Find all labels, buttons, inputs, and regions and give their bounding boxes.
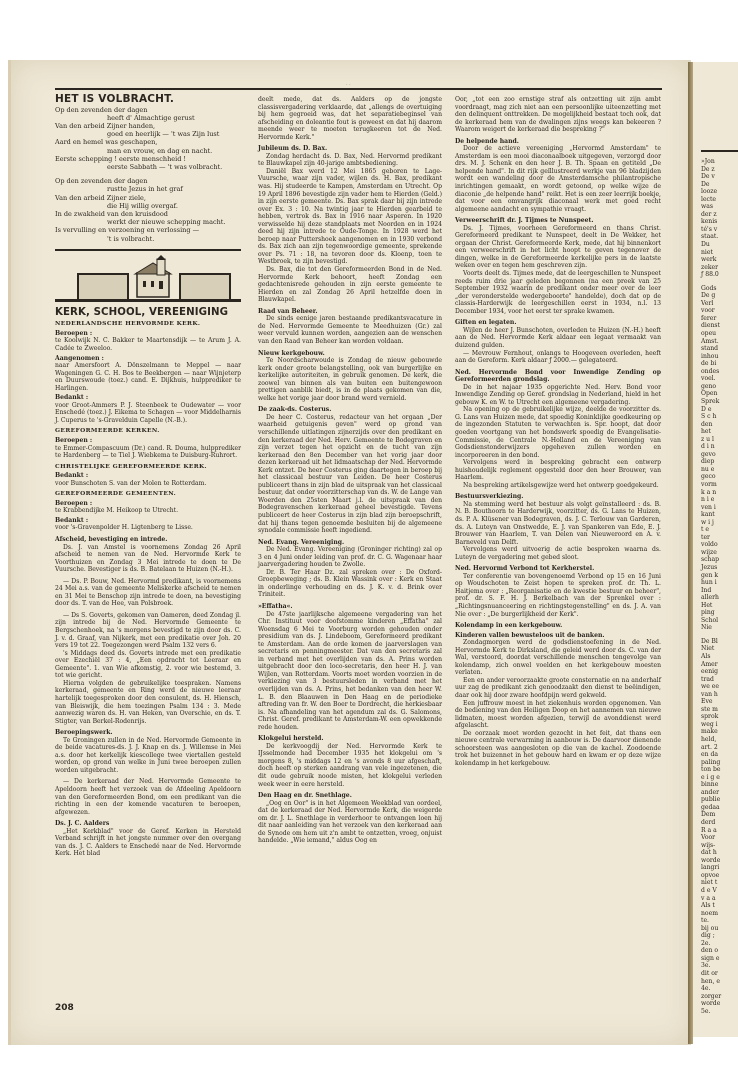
paragraph: Ds. J. van Amstel is voornemens Zondag 2…: [55, 544, 241, 574]
poem: HET IS VOLBRACHT. Op den zevenden der da…: [55, 96, 241, 243]
church-category-heading: CHRISTELIJKE GEREFORMEERDE KERK.: [55, 463, 241, 471]
next-page-fragment: kenis: [701, 218, 738, 226]
article-heading: Giften en legaten.: [455, 319, 661, 327]
next-page-fragment: hun i: [701, 579, 738, 587]
section-banner-illustration: [55, 255, 241, 307]
next-page-fragment: eenig: [701, 668, 738, 676]
section-title: KERK, SCHOOL, VEREENIGING: [55, 309, 241, 317]
paragraph: Ds. J. Tijmes, voorheen Gereformeerd en …: [455, 225, 661, 270]
next-page-fragment: worde: [701, 1000, 738, 1008]
paragraph: De heer C. Costerus, redacteur van het o…: [258, 414, 442, 535]
next-page-fragment: schap: [701, 556, 738, 564]
next-page-fragment: bij ou: [701, 925, 738, 933]
next-page-fragment: werk: [701, 256, 738, 264]
next-page-fragment: t e: [701, 526, 738, 534]
next-page-fragment: Als: [701, 653, 738, 661]
next-page-fragment: Verl: [701, 300, 738, 308]
next-page-fragment: geno: [701, 383, 738, 391]
next-page-fragment: ping: [701, 609, 738, 617]
next-page-fragment: De Bl: [701, 638, 738, 646]
next-page-top-rule: [701, 150, 738, 152]
next-page-fragment: d i n: [701, 443, 738, 451]
poem-line: Van den arbeid Zijner handen,: [55, 122, 241, 130]
next-page-fragment: art. 2: [701, 744, 738, 752]
poem-line: Is vervulling en verzoening en verlossin…: [55, 226, 241, 234]
subheading: Bedankt :: [55, 472, 241, 480]
article-heading: Ned. Hervormde Bond voor Inwendige Zendi…: [455, 369, 661, 384]
poem-line: werkt der nieuwe schepping macht.: [55, 218, 241, 226]
next-page-fragment: n i e: [701, 496, 738, 504]
paragraph: De kerkvoogdij der Ned. Hervormde Kerk t…: [258, 743, 442, 788]
article-heading: Bestuursverkiezing.: [455, 493, 661, 501]
next-page-fragment: geco: [701, 473, 738, 481]
article-heading: Ned. Evang. Vereeniging.: [258, 539, 442, 547]
church-category-heading: NEDERLANDSCHE HERVORMDE KERK.: [55, 320, 241, 328]
next-page-fragment: nu e: [701, 466, 738, 474]
paragraph: Oor, „tot een zoo ernstige straf als ont…: [455, 96, 661, 134]
paragraph: „Het Kerkblad" voor de Geref. Kerken in …: [55, 828, 241, 858]
paragraph: Een en ander veroorzaakte groote conster…: [455, 677, 661, 700]
paragraph: Na stemming werd het bestuur als volgt g…: [455, 501, 661, 546]
subheading: Bedankt :: [55, 394, 241, 402]
paragraph: Vervolgens werd uitvoerig de actie bespr…: [455, 546, 661, 561]
paragraph: Vervolgens werd in bespreking gebracht e…: [455, 459, 661, 482]
next-page-fragment: S c h: [701, 413, 738, 421]
next-page-fragment: en da: [701, 751, 738, 759]
article-heading: Afscheid, bevestiging en intrede.: [55, 536, 241, 544]
next-page-fragment: Eve: [701, 698, 738, 706]
next-page-fragment: dig ;: [701, 932, 738, 940]
poem-line: Aard en hemel was geschapen,: [55, 138, 241, 146]
next-page-fragment: ander: [701, 789, 738, 797]
next-page-fragment: gedaa: [701, 804, 738, 812]
next-page-fragment: voel.: [701, 375, 738, 383]
next-page-fragment: worde: [701, 857, 738, 865]
next-page-fragment: ter: [701, 534, 738, 542]
next-page-fragment: De: [701, 181, 738, 189]
next-page-fragment: held,: [701, 736, 738, 744]
next-page-fragment: D e: [701, 406, 738, 414]
next-page-fragment: Schol: [701, 617, 738, 625]
next-page-fragment: niet t: [701, 879, 738, 887]
paragraph: Te Noordscharwoude is Zondag de nieuw ge…: [258, 357, 442, 402]
next-page-fragment: inhou: [701, 353, 738, 361]
next-page-fragment: té's v: [701, 226, 738, 234]
next-page-fragment: voor: [701, 307, 738, 315]
church-icon: [131, 255, 175, 299]
banner-base-rule: [55, 299, 241, 302]
paragraph: Hierna volgden de gebruikelijke toesprak…: [55, 680, 241, 725]
next-page-fragment: e i g e: [701, 774, 738, 782]
poem-line: In de zwakheid van den kruisdood: [55, 210, 241, 218]
article-heading: Den Haag en dr. Snethlage.: [258, 792, 442, 800]
paragraph: 's Middags deed ds. Goverts intrede met …: [55, 650, 241, 680]
section-rule: [55, 249, 241, 251]
next-page-fragment: sign e: [701, 955, 738, 963]
next-page-fragment: Ind: [701, 587, 738, 595]
paragraph: Zondag herdacht ds. D. Bax, Ned. Hervorm…: [258, 153, 442, 168]
next-page-fragment: 4e.: [701, 985, 738, 993]
next-page-fragment: voldo: [701, 541, 738, 549]
next-page-fragment: staat.: [701, 233, 738, 241]
paragraph: voor Groot-Ammers P. J. Steenbeek te Oud…: [55, 402, 241, 425]
next-page-fragment: dat h: [701, 849, 738, 857]
next-page-fragment: d e V: [701, 887, 738, 895]
next-page-fragment: Niet: [701, 645, 738, 653]
next-page-fragment: k a n: [701, 489, 738, 497]
writing-hand-panel-icon: [179, 273, 231, 301]
article-heading: Klokgelui hersteld.: [258, 735, 442, 743]
next-page-fragment: R a a: [701, 827, 738, 835]
next-page-fragment: zorger: [701, 993, 738, 1001]
next-page-fragment: trad: [701, 676, 738, 684]
paragraph: — Ds S. Goverts, gekomen van Oameren, de…: [55, 612, 241, 650]
article-heading: Jubileum ds. D. Bax.: [258, 145, 442, 153]
next-page-fragment: binne: [701, 781, 738, 789]
column-left: HET IS VOLBRACHT. Op den zevenden der da…: [55, 96, 241, 858]
next-page-fragment: diep: [701, 458, 738, 466]
poem-line: Op den zevenden der dagen: [55, 177, 241, 185]
paragraph: Door de actieve vereeniging „Hervormd Am…: [455, 145, 661, 213]
paragraph: Voorts deelt ds. Tijmes mede, dat de lee…: [455, 270, 661, 315]
poem-line: 't is volbracht.: [55, 235, 241, 243]
paragraph: Wijlen de heer J. Bunschoten, overleden …: [455, 327, 661, 350]
next-page-fragment: »Jon: [701, 158, 738, 166]
next-page-fragment: paling: [701, 759, 738, 767]
subheading: Bedankt :: [55, 517, 241, 525]
next-page-fragment: zeker: [701, 264, 738, 272]
poem-line: man en vrouw, en dag en nacht.: [55, 147, 241, 155]
next-page-fragment: v a a: [701, 895, 738, 903]
subheading: Aangenomen :: [55, 355, 241, 363]
next-page-fragment: ferer: [701, 315, 738, 323]
paragraph: — Ds. P. Bouw, Ned. Hervormd predikant, …: [55, 578, 241, 608]
next-page-fragment: langri: [701, 864, 738, 872]
next-page-fragment: dienst: [701, 322, 738, 330]
next-page-fragment: der z: [701, 211, 738, 219]
article-heading: »Effatha«.: [258, 603, 442, 611]
next-page-fragment: looze: [701, 188, 738, 196]
article-heading: Ned. Hervormd Verbond tot Kerkherstel.: [455, 565, 661, 573]
poem-line: eerste Sabbath — 't was volbracht.: [55, 163, 241, 171]
next-page-fragment: was: [701, 203, 738, 211]
next-page-fragment: Jezus: [701, 564, 738, 572]
article-heading: Beroepingswerk.: [55, 729, 241, 737]
poem-lines: Op den zevenden der dagenheeft d' Almach…: [55, 106, 241, 243]
article-heading: Nieuw kerkgebouw.: [258, 350, 442, 358]
paragraph: voor Bunschoten S. van der Molen te Rott…: [55, 480, 241, 488]
next-page-fragment: we ee: [701, 683, 738, 691]
next-page-fragment: ven i: [701, 504, 738, 512]
handshake-panel-icon: [77, 273, 129, 301]
paragraph: naar Amersfoort A. Dönszelmann te Meppel…: [55, 362, 241, 392]
article-subheading: Kinderen vallen bewusteloos uit de banke…: [455, 632, 661, 640]
paragraph: Na bespreking artikelsgewijze werd het o…: [455, 482, 661, 490]
next-page-fragment: wijs-: [701, 842, 738, 850]
subheading: Beroepen :: [55, 437, 241, 445]
paragraph: voor 's-Gravenpolder H. Ligtenberg te Li…: [55, 524, 241, 532]
paragraph: De oorzaak moet worden gezocht in het fe…: [455, 730, 661, 768]
paragraph: Daniël Bax werd 12 Mei 1865 geboren te L…: [258, 168, 442, 266]
paragraph: — De kerkeraad der Ned. Hervormde Gemeen…: [55, 778, 241, 816]
poem-line: Op den zevenden der dagen: [55, 106, 241, 114]
next-page-fragment: Du: [701, 241, 738, 249]
next-page-fragment: noem: [701, 910, 738, 918]
paragraph: Na opening op de gebruikelijke wijze, de…: [455, 406, 661, 459]
paragraph: te Krabbendijke M. Heikoop te Utrecht.: [55, 507, 241, 515]
next-page-fragment: Open: [701, 390, 738, 398]
paragraph: te Koolwijk N. C. Bakker te Maartensdijk…: [55, 337, 241, 352]
next-page-fragment: den o: [701, 947, 738, 955]
next-page-fragment: w i j: [701, 519, 738, 527]
next-page-text-fragments: »JonDe zDe vDeloozelectewasder zkenisté'…: [701, 158, 738, 1015]
next-page-fragment: Het: [701, 602, 738, 610]
next-page-fragment: dit or: [701, 970, 738, 978]
column-right: Oor, „tot een zoo ernstige straf als ont…: [455, 96, 661, 767]
next-page-fragment: De v: [701, 173, 738, 181]
next-page-edge: »JonDe zDe vDeloozelectewasder zkenisté'…: [693, 62, 738, 1037]
paragraph: De Ned. Evang. Vereeniging (Groninger ri…: [258, 546, 442, 569]
next-page-fragment: van h: [701, 691, 738, 699]
next-page-fragment: gen k: [701, 572, 738, 580]
column-middle: deelt mede, dat ds. Aalders op de jongst…: [258, 96, 442, 845]
poem-line: die Hij willig overgaf.: [55, 202, 241, 210]
article-heading: Kolendamp in een kerkgebouw.: [455, 622, 661, 630]
church-category-heading: GEREFORMEERDE KERKEN.: [55, 427, 241, 435]
article-heading: Raad van Beheer.: [258, 308, 442, 316]
next-page-fragment: ste m: [701, 706, 738, 714]
church-category-heading: GEREFORMEERDE GEMEENTEN.: [55, 490, 241, 498]
column-left-articles: NEDERLANDSCHE HERVORMDE KERK.Beroepen :t…: [55, 320, 241, 858]
poem-title: HET IS VOLBRACHT.: [55, 96, 241, 104]
paragraph: Te Groningen zullen in de Ned. Hervormde…: [55, 737, 241, 775]
paragraph: De 47ste jaarlijksche algemeene vergader…: [258, 611, 442, 732]
next-page-fragment: 5e.: [701, 1008, 738, 1016]
paragraph: Ter conferentie van bovengenoemd Verbond…: [455, 573, 661, 618]
next-page-fragment: het: [701, 428, 738, 436]
next-page-fragment: de bi: [701, 360, 738, 368]
paragraph: — Mevrouw Fernhout, onlangs te Hoogeveen…: [455, 350, 661, 365]
next-page-fragment: derd: [701, 819, 738, 827]
next-page-fragment: wijze: [701, 549, 738, 557]
next-page-fragment: ondes: [701, 368, 738, 376]
next-page-fragment: lecte: [701, 196, 738, 204]
next-page-fragment: 2e.: [701, 940, 738, 948]
next-page-fragment: Als t: [701, 902, 738, 910]
paragraph: te Emmer-Compascuum (Dr.) cand. R. Douma…: [55, 445, 241, 460]
next-page-fragment: kant: [701, 511, 738, 519]
next-page-fragment: Amer: [701, 661, 738, 669]
poem-line: Van den arbeid Zijner ziele,: [55, 194, 241, 202]
next-page-fragment: Nie: [701, 624, 738, 632]
poem-line: Eerste schepping ! eerste menschheid !: [55, 155, 241, 163]
next-page-fragment: ton be: [701, 766, 738, 774]
next-page-fragment: opvoe: [701, 872, 738, 880]
next-page-fragment: make: [701, 728, 738, 736]
next-page-fragment: publie: [701, 796, 738, 804]
next-page-fragment: Voor: [701, 834, 738, 842]
next-page-fragment: opeu: [701, 330, 738, 338]
next-page-fragment: vorm: [701, 481, 738, 489]
next-page-fragment: allerh: [701, 594, 738, 602]
next-page-fragment: De z: [701, 166, 738, 174]
paragraph: De in het najaar 1935 opgerichte Ned. He…: [455, 384, 661, 407]
paragraph: „Oog en Oor" is in het Algemeen Weekblad…: [258, 800, 442, 845]
paragraph: Ds. Bax, die tot den Gereformeerden Bond…: [258, 266, 442, 304]
next-page-fragment: De g: [701, 292, 738, 300]
next-page-fragment: hen, e: [701, 978, 738, 986]
paragraph: De sinds eenige jaren bestaande predikan…: [258, 315, 442, 345]
next-page-fragment: Amst.: [701, 338, 738, 346]
next-page-fragment: den: [701, 421, 738, 429]
paragraph: Een juffrouw moest in het ziekenhuis wor…: [455, 700, 661, 730]
poem-line: heeft d' Almachtige gerust: [55, 114, 241, 122]
page-number: 208: [55, 1003, 74, 1013]
poem-line: goed en heerlijk — 't was Zijn lust: [55, 130, 241, 138]
next-page-fragment: 3e.: [701, 962, 738, 970]
next-page-fragment: Gods: [701, 285, 738, 293]
paragraph: Dr. B. Ter Haar Dz. zal spreken over : D…: [258, 569, 442, 599]
subheading: Beroepen :: [55, 330, 241, 338]
paragraph: deelt mede, dat ds. Aalders op de jongst…: [258, 96, 442, 141]
article-heading: Ds. J. C. Aalders: [55, 820, 241, 828]
next-page-fragment: Dem: [701, 811, 738, 819]
next-page-fragment: Sprek: [701, 398, 738, 406]
next-page-fragment: z u l: [701, 436, 738, 444]
next-page-fragment: stand: [701, 345, 738, 353]
next-page-fragment: niet: [701, 249, 738, 257]
article-heading: Verweerschrift dr. J. Tijmes te Nunspeet…: [455, 217, 661, 225]
next-page-fragment: gevo: [701, 451, 738, 459]
article-heading: De helpende hand.: [455, 138, 661, 146]
paragraph: Zondagmorgen werd de godsdienstoefening …: [455, 639, 661, 677]
next-page-fragment: weg i: [701, 721, 738, 729]
next-page-fragment: sprok: [701, 713, 738, 721]
next-page-fragment: ƒ 88.0: [701, 271, 738, 279]
next-page-fragment: te.: [701, 917, 738, 925]
subheading: Beroepen :: [55, 500, 241, 508]
top-rule: [55, 88, 662, 90]
article-heading: De zaak-ds. Costerus.: [258, 406, 442, 414]
poem-line: rustte Jezus in het graf: [55, 185, 241, 193]
